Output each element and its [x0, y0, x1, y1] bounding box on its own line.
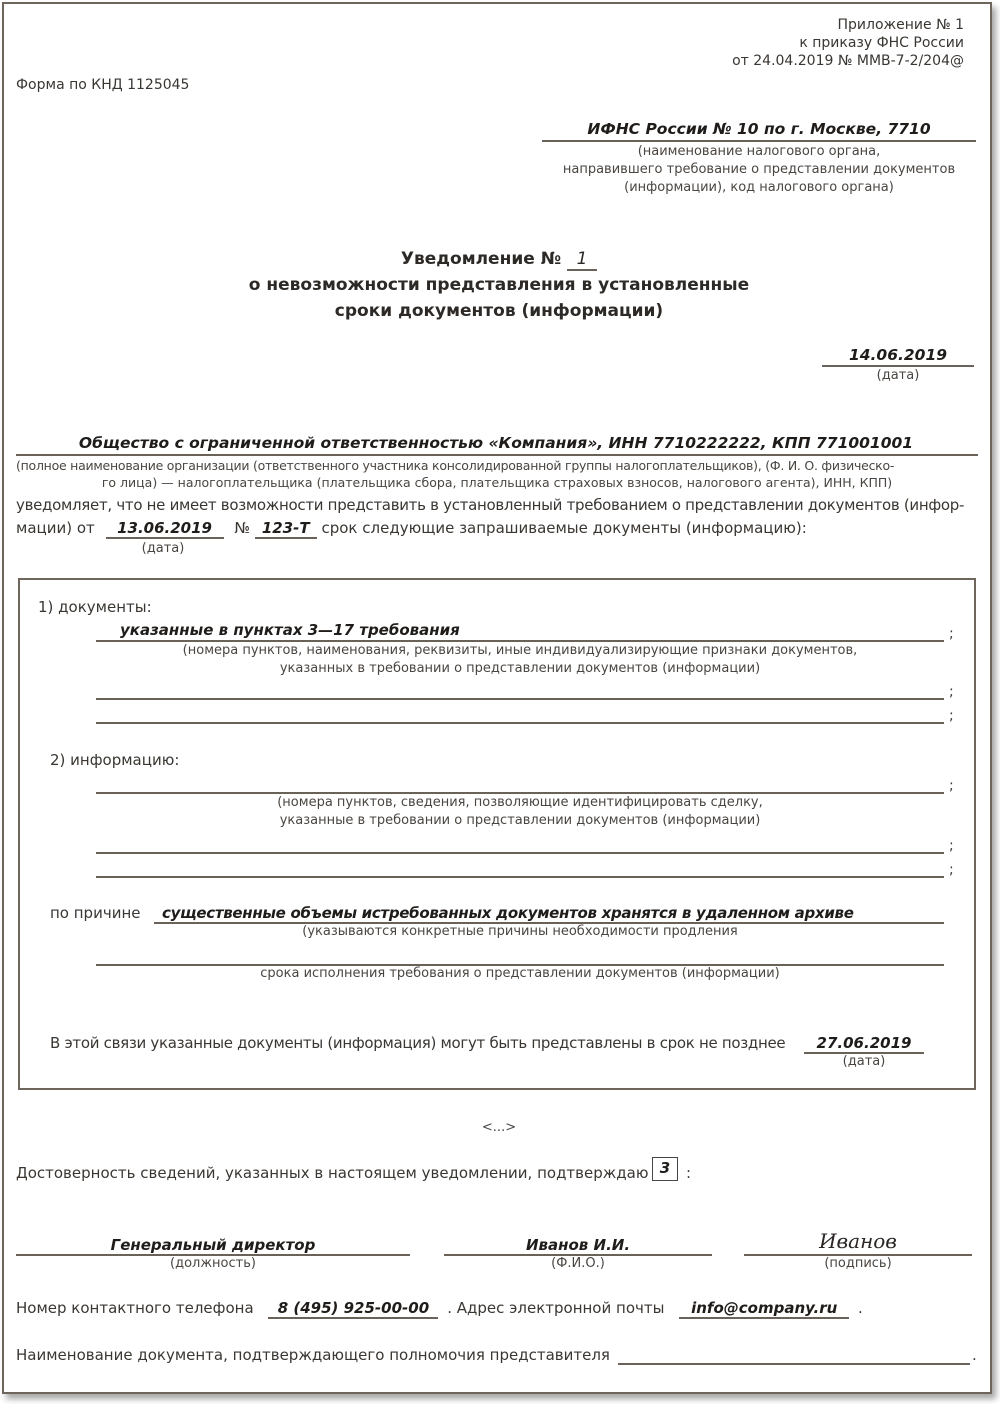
organization-value[interactable]: Общество с ограниченной ответственностью… [16, 434, 976, 452]
title-prefix: Уведомление № [401, 249, 561, 269]
appendix-line: Приложение № 1 [564, 16, 964, 34]
contacts-line: Номер контактного телефона 8 (495) 925-0… [16, 1299, 863, 1319]
information-underline-3[interactable] [96, 876, 944, 878]
name-value[interactable]: Иванов И.И. [444, 1236, 712, 1254]
notice-date-value[interactable]: 14.06.2019 [822, 346, 974, 364]
confirmation-code-box[interactable]: 3 [652, 1157, 678, 1181]
request-date-caption: (дата) [104, 541, 222, 556]
notice-date-underline [822, 365, 974, 367]
deadline-value[interactable]: 27.06.2019 [804, 1034, 924, 1052]
notice-date-caption: (дата) [822, 368, 974, 383]
documents-value[interactable]: указанные в пунктах 3—17 требования [120, 621, 460, 639]
body-line-2: мации) от 13.06.2019 № 123-Т срок следую… [16, 519, 807, 539]
reason-label: по причине [50, 904, 140, 922]
phone-value[interactable]: 8 (495) 925-00-00 [268, 1299, 438, 1319]
phone-label: Номер контактного телефона [16, 1299, 254, 1317]
title-line-2: о невозможности представления в установл… [4, 272, 994, 298]
tax-authority-value[interactable]: ИФНС России № 10 по г. Москве, 7710 [544, 120, 974, 138]
position-caption: (должность) [16, 1256, 410, 1271]
title-line-3: сроки документов (информации) [4, 298, 994, 324]
body-line-1: уведомляет, что не имеет возможности пре… [16, 496, 978, 514]
semicolon: ; [949, 708, 954, 724]
reason-caption-2: срока исполнения требования о представле… [96, 966, 944, 981]
request-number-value[interactable]: 123-Т [255, 519, 317, 539]
end-dot: . [858, 1299, 863, 1317]
notice-number[interactable]: 1 [567, 249, 597, 271]
form-code: Форма по КНД 1125045 [16, 76, 189, 94]
deadline-caption: (дата) [804, 1054, 924, 1069]
information-underline-2[interactable] [96, 852, 944, 854]
semicolon: ; [949, 684, 954, 700]
caption-line: указанные в требовании о представлении д… [96, 812, 944, 830]
documents-caption: (номера пунктов, наименования, реквизиты… [96, 642, 944, 678]
semicolon: ; [949, 838, 954, 854]
caption-line: (полное наименование организации (ответс… [16, 457, 978, 474]
signature-caption: (подпись) [744, 1256, 972, 1271]
representative-document-field[interactable] [618, 1346, 970, 1365]
documents-underline-3[interactable] [96, 722, 944, 724]
organization-underline [16, 454, 978, 456]
caption-line: направившего требование о представлении … [544, 161, 974, 179]
organization-caption: (полное наименование организации (ответс… [16, 457, 978, 491]
semicolon: ; [949, 626, 954, 642]
email-label: . Адрес электронной почты [447, 1299, 664, 1317]
tax-authority-caption: (наименование налогового органа, направи… [544, 143, 974, 197]
information-caption: (номера пунктов, сведения, позволяющие и… [96, 794, 944, 830]
caption-line: (номера пунктов, сведения, позволяющие и… [96, 794, 944, 812]
appendix-line: от 24.04.2019 № ММВ-7-2/204@ [564, 52, 964, 70]
semicolon: ; [949, 778, 954, 794]
email-value[interactable]: info@company.ru [679, 1299, 849, 1319]
title-line-1: Уведомление № 1 [4, 246, 994, 272]
document-page: Приложение № 1 к приказу ФНС России от 2… [2, 2, 992, 1394]
tax-authority-underline [542, 140, 976, 142]
information-label: 2) информацию: [50, 751, 179, 769]
end-dot: . [972, 1346, 977, 1364]
body-text: срок следующие запрашиваемые документы (… [321, 519, 806, 537]
documents-underline-2[interactable] [96, 698, 944, 700]
caption-line: (наименование налогового органа, [544, 143, 974, 161]
appendix-block: Приложение № 1 к приказу ФНС России от 2… [564, 16, 964, 70]
documents-label: 1) документы: [38, 598, 152, 616]
caption-line: указанных в требовании о представлении д… [96, 660, 944, 678]
semicolon: ; [949, 862, 954, 878]
position-value[interactable]: Генеральный директор [16, 1236, 410, 1254]
name-caption: (Ф.И.О.) [444, 1256, 712, 1271]
appendix-line: к приказу ФНС России [564, 34, 964, 52]
reason-value[interactable]: существенные объемы истребованных докуме… [162, 904, 854, 922]
representative-label: Наименование документа, подтверждающего … [16, 1346, 610, 1364]
reason-caption-1: (указываются конкретные причины необходи… [96, 924, 944, 939]
caption-line: (номера пунктов, наименования, реквизиты… [96, 642, 944, 660]
request-date-value[interactable]: 13.06.2019 [106, 519, 224, 539]
omission-marker: <...> [4, 1120, 994, 1135]
body-text: мации) от [16, 519, 95, 537]
colon: : [686, 1164, 691, 1182]
confirmation-text: Достоверность сведений, указанных в наст… [16, 1164, 648, 1182]
deadline-text: В этой связи указанные документы (информ… [50, 1034, 785, 1052]
notice-title: Уведомление № 1 о невозможности представ… [4, 246, 994, 324]
caption-line: го лица) — налогоплательщика (плательщик… [16, 474, 978, 491]
signature-value[interactable]: Иванов [744, 1229, 972, 1253]
number-sign: № [234, 519, 250, 537]
caption-line: (информации), код налогового органа) [544, 179, 974, 197]
